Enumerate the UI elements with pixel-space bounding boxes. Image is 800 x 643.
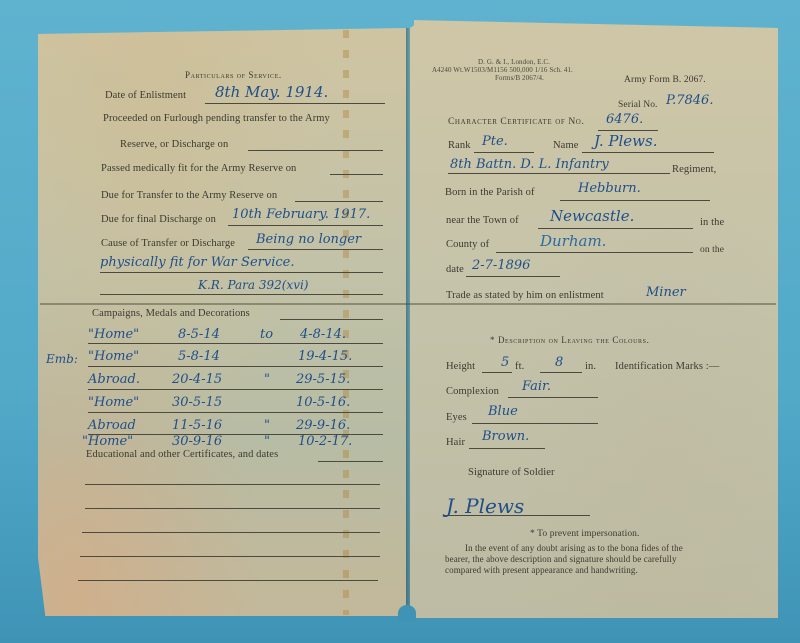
final-discharge-label: Due for final Discharge on — [101, 214, 216, 225]
name-line — [582, 152, 714, 153]
printer-line-2: A4240 Wt.W1503/M1156 500,000 1/16 Sch. 4… — [432, 66, 573, 74]
period-line — [88, 343, 383, 344]
hair-line — [469, 448, 545, 449]
id-marks-label: Identification Marks :— — [615, 361, 719, 372]
period-to: 29-9-16. — [296, 418, 350, 433]
period-location: "Home" — [82, 434, 133, 449]
cause-line-2 — [100, 272, 383, 273]
period-to: 19-4-15. — [298, 349, 352, 364]
trade-label: Trade as stated by him on enlistment — [446, 290, 604, 301]
serial-label: Serial No. — [618, 100, 658, 110]
campaigns-label: Campaigns, Medals and Decorations — [92, 308, 250, 319]
ft-label: ft. — [515, 361, 524, 372]
footnote-3: bearer, the above description and signat… — [445, 554, 677, 564]
period-from: 20-4-15 — [172, 372, 222, 387]
cause-value-1: Being no longer — [256, 232, 361, 247]
name-value: J. Plews. — [594, 132, 657, 150]
county-label: County of — [446, 239, 489, 250]
period-from: 11-5-16 — [172, 418, 222, 433]
period-from: 5-8-14 — [178, 349, 220, 364]
on-the-text: on the — [700, 245, 724, 255]
name-label: Name — [553, 140, 578, 151]
period-location: Abroad — [88, 418, 136, 433]
date-line — [466, 276, 560, 277]
date-value: 2-7-1896 — [472, 258, 530, 273]
campaigns-line — [280, 319, 383, 320]
cause-value-2: physically fit for War Service. — [100, 255, 294, 270]
signature-value: J. Plews — [446, 494, 524, 518]
rank-label: Rank — [448, 140, 471, 151]
period-to: 29-5-15. — [296, 372, 350, 387]
horizontal-fold — [40, 303, 776, 305]
period-from: 30-5-15 — [172, 395, 222, 410]
printer-line-3: Forms/B 2067/4. — [495, 74, 544, 82]
blank-line — [85, 484, 380, 485]
in-label: in. — [585, 361, 596, 372]
top-notch — [400, 20, 414, 28]
period-location: Abroad. — [88, 372, 140, 387]
complexion-line — [508, 397, 598, 398]
furlough-line — [248, 150, 383, 151]
enlistment-value: 8th May. 1914. — [215, 83, 328, 101]
eyes-value: Blue — [488, 404, 518, 419]
period-sep: " — [264, 372, 270, 387]
eyes-line — [472, 423, 598, 424]
height-in-line — [540, 372, 582, 373]
regiment-line — [448, 173, 670, 174]
trade-value: Miner — [646, 285, 686, 300]
period-to: 4-8-14. — [300, 327, 346, 342]
rank-value: Pte. — [482, 134, 508, 149]
town-line — [538, 228, 693, 229]
period-line — [88, 389, 383, 390]
final-discharge-line — [228, 225, 383, 226]
blank-line — [78, 580, 378, 581]
vertical-fold — [406, 22, 410, 618]
rust-stain — [343, 30, 349, 615]
period-from: 8-5-14 — [178, 327, 220, 342]
period-line — [88, 412, 383, 413]
parish-line — [560, 200, 710, 201]
bottom-notch — [398, 605, 416, 621]
period-sep: " — [264, 434, 270, 449]
county-line — [496, 252, 693, 253]
height-ft: 5 — [501, 355, 509, 370]
height-in: 8 — [555, 355, 563, 370]
period-to: 10-5-16. — [296, 395, 350, 410]
serial-value: P.7846. — [666, 93, 713, 108]
blank-line — [82, 532, 380, 533]
height-label: Height — [446, 361, 475, 372]
in-the-text: in the — [700, 217, 724, 228]
cause-line-3 — [100, 294, 383, 295]
period-location: "Home" — [88, 349, 139, 364]
cause-line-1 — [248, 249, 383, 250]
regiment-value: 8th Battn. D. L. Infantry — [450, 157, 609, 172]
period-sep: " — [264, 418, 270, 433]
enlistment-line — [205, 103, 385, 104]
period-to: 10-2-17. — [298, 434, 352, 449]
town-label: near the Town of — [446, 215, 519, 226]
period-line — [88, 366, 383, 367]
certificates-line — [318, 461, 383, 462]
blank-line — [80, 556, 380, 557]
regiment-label: Regiment, — [672, 164, 716, 175]
period-location: "Home" — [88, 395, 139, 410]
due-transfer-line — [295, 201, 383, 202]
signature-label: Signature of Soldier — [468, 467, 555, 478]
form-number: Army Form B. 2067. — [624, 75, 706, 85]
furlough-label-1: Proceeded on Furlough pending transfer t… — [103, 113, 330, 124]
rank-line — [474, 152, 534, 153]
medically-fit-line — [330, 174, 383, 175]
town-value: Newcastle. — [550, 207, 634, 225]
cause-value-3: K.R. Para 392(xvi) — [198, 278, 309, 292]
height-ft-line — [482, 372, 512, 373]
period-sep: to — [260, 327, 273, 342]
period-from: 30-9-16 — [172, 434, 222, 449]
complexion-value: Fair. — [522, 379, 551, 394]
printer-line-1: D. G. & I., London, E.C. — [478, 58, 550, 66]
enlistment-label: Date of Enlistment — [105, 90, 186, 101]
emb-note: Emb: — [46, 352, 78, 366]
certificate-no: 6476. — [606, 112, 643, 127]
county-value: Durham. — [540, 232, 606, 250]
due-transfer-label: Due for Transfer to the Army Reserve on — [101, 190, 277, 201]
blank-line — [85, 508, 380, 509]
description-heading: * Description on Leaving the Colours. — [490, 335, 649, 345]
parish-value: Hebburn. — [578, 181, 641, 196]
medically-fit-label: Passed medically fit for the Army Reserv… — [101, 163, 296, 174]
hair-value: Brown. — [482, 429, 529, 444]
section-heading: Particulars of Service. — [185, 70, 282, 80]
certificate-label: Character Certificate of No. — [448, 117, 584, 127]
footnote-1: * To prevent impersonation. — [530, 529, 640, 539]
final-discharge-value: 10th February. 1917. — [232, 207, 370, 222]
complexion-label: Complexion — [446, 386, 499, 397]
cause-label: Cause of Transfer or Discharge — [101, 238, 235, 249]
hair-label: Hair — [446, 437, 465, 448]
date-label: date — [446, 264, 464, 275]
footnote-2: In the event of any doubt arising as to … — [465, 543, 683, 553]
parish-label: Born in the Parish of — [445, 187, 535, 198]
footnote-4: compared with present appearance and han… — [445, 565, 638, 575]
certificate-no-line — [598, 130, 658, 131]
furlough-label-2: Reserve, or Discharge on — [120, 139, 228, 150]
period-location: "Home" — [88, 327, 139, 342]
eyes-label: Eyes — [446, 412, 467, 423]
certificates-label: Educational and other Certificates, and … — [86, 449, 278, 460]
